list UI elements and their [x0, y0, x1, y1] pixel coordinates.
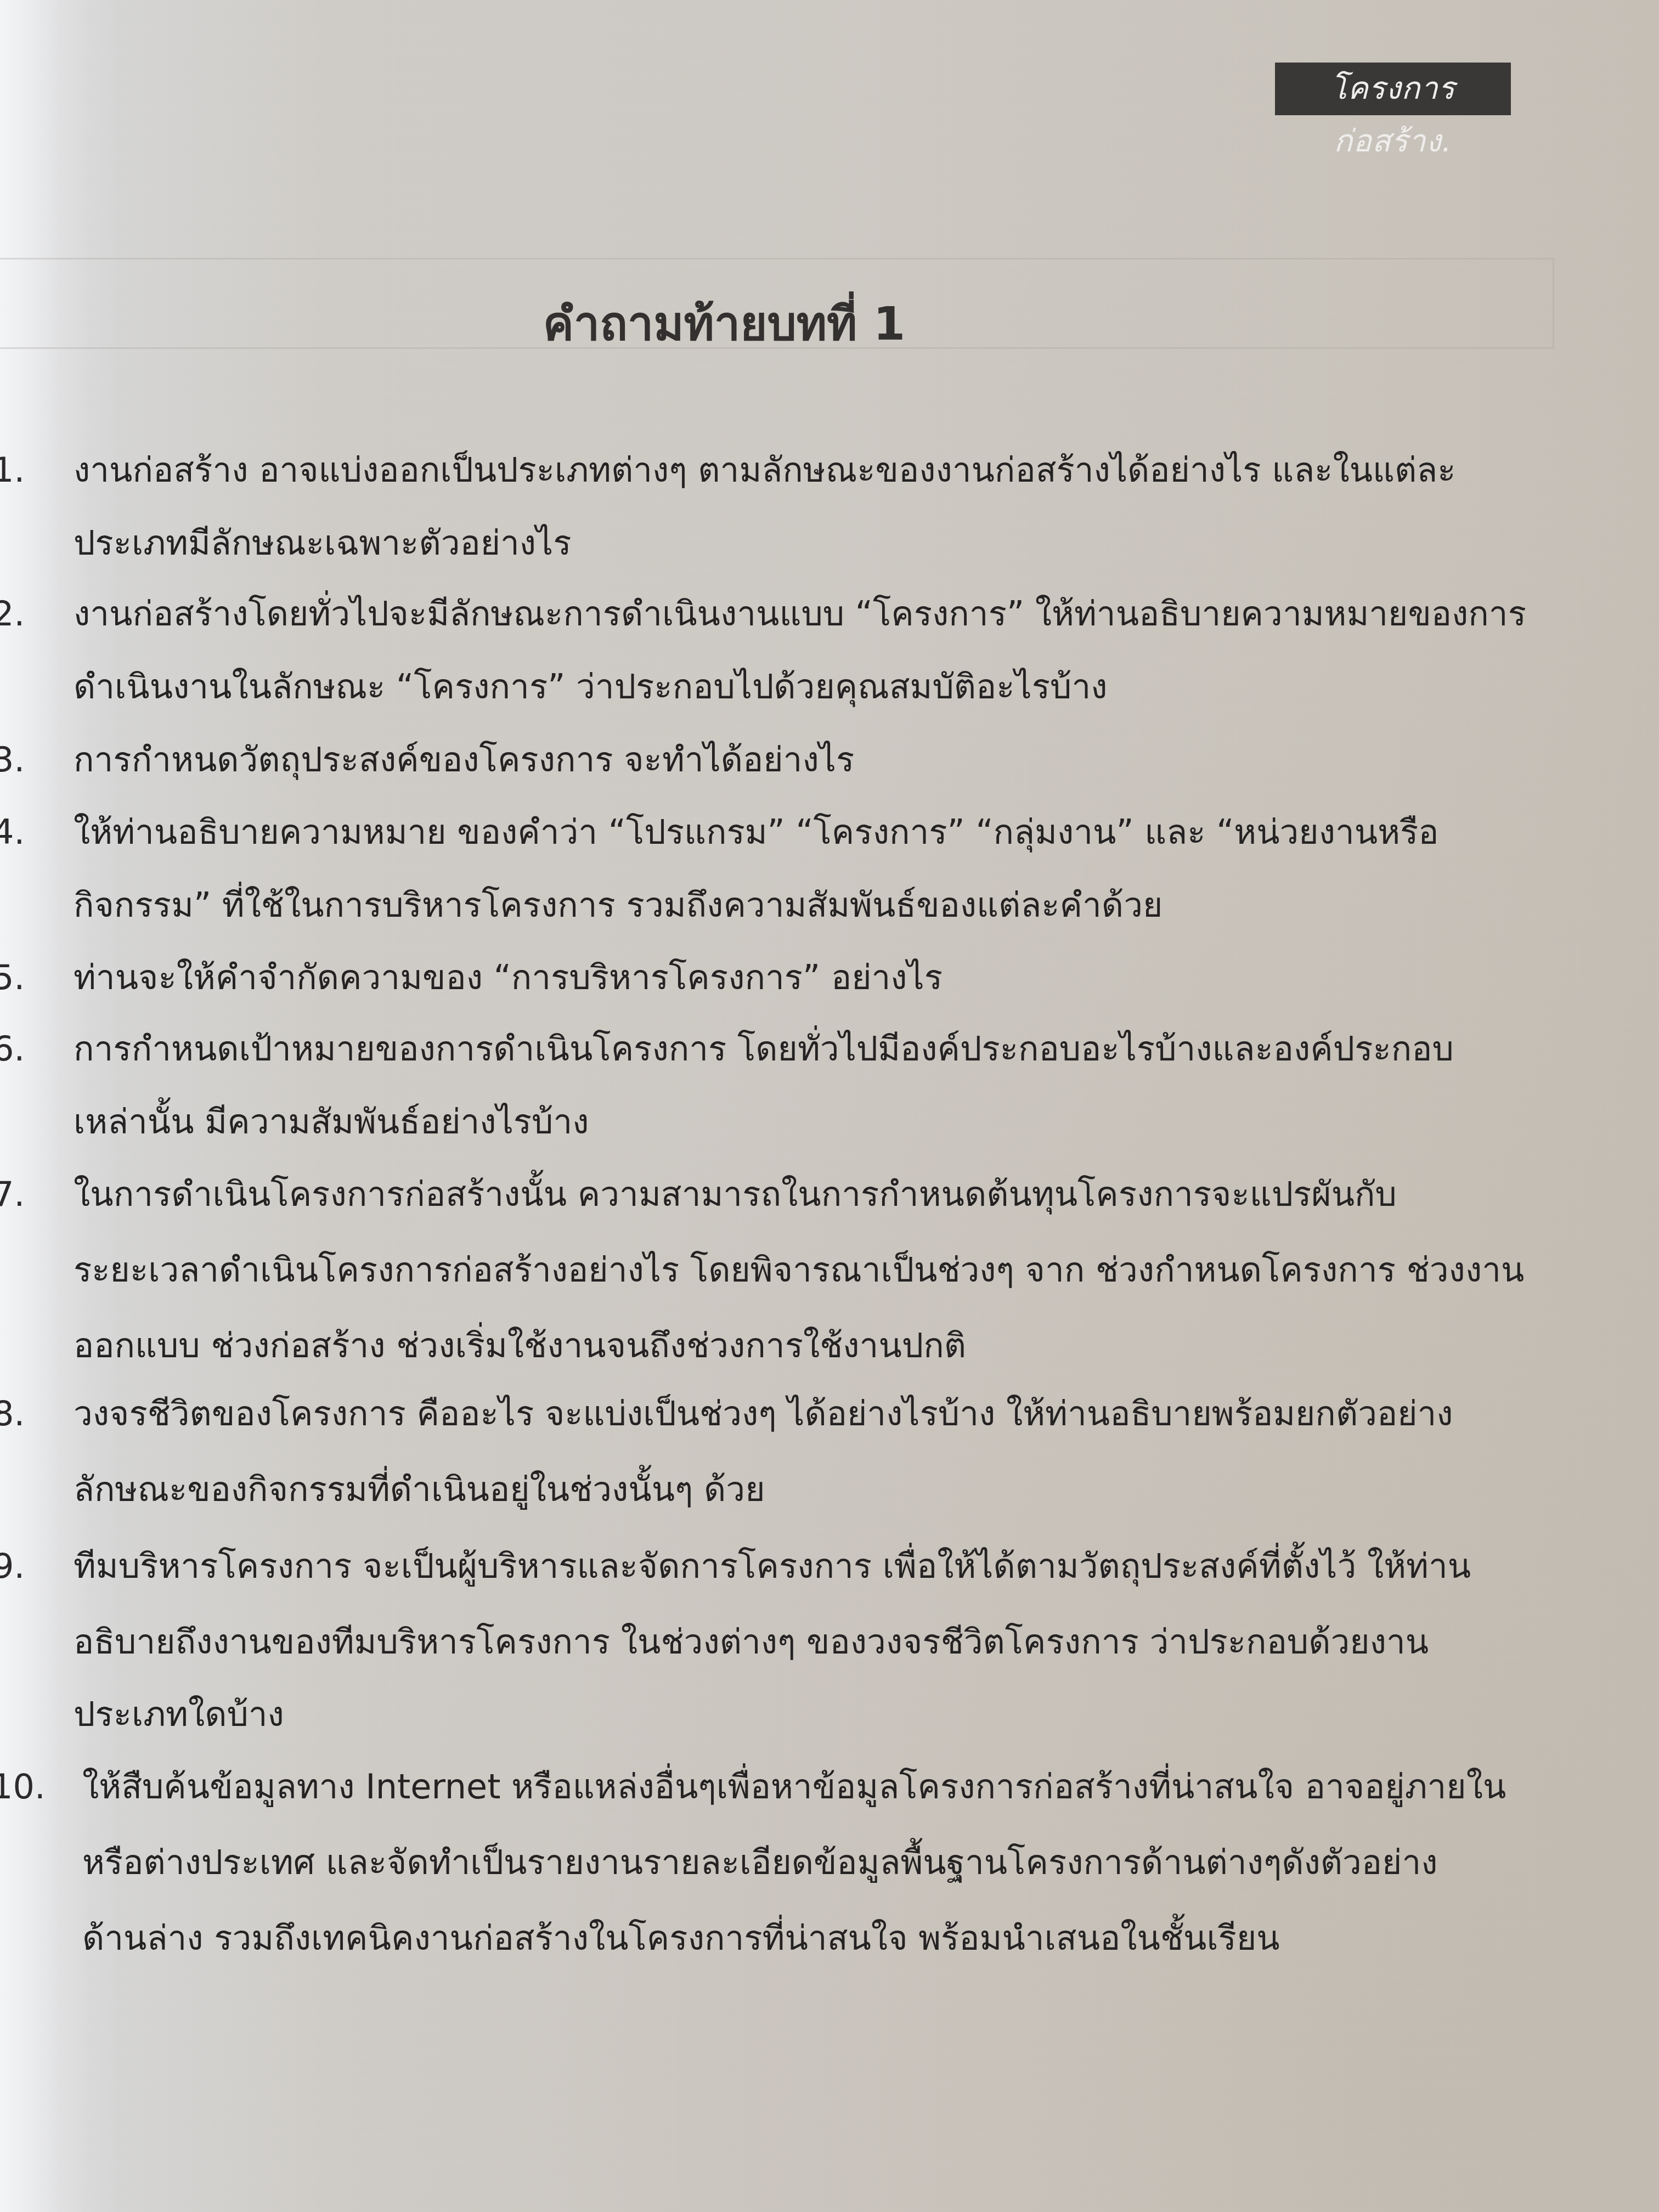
question-text-line: การกำหนดเป้าหมายของการดำเนินโครงการ โดยท…	[74, 1012, 1454, 1085]
question-number: 8.	[0, 1377, 25, 1450]
question-text-line: ประเภทมีลักษณะเฉพาะตัวอย่างไร	[74, 506, 572, 579]
question-text-line: งานก่อสร้างโดยทั่วไปจะมีลักษณะการดำเนินง…	[74, 577, 1526, 650]
question-text-line: การกำหนดวัตถุประสงค์ของโครงการ จะทำได้อย…	[74, 723, 854, 796]
question-number: 4.	[0, 795, 25, 868]
question-text-line: งานก่อสร้าง อาจแบ่งออกเป็นประเภทต่างๆ ตา…	[74, 433, 1456, 506]
question-text-line: ออกแบบ ช่วงก่อสร้าง ช่วงเริ่มใช้งานจนถึง…	[74, 1309, 966, 1382]
question-number: 3.	[0, 723, 25, 796]
question-text-line: อธิบายถึงงานของทีมบริหารโครงการ ในช่วงต่…	[74, 1605, 1429, 1678]
running-header-tag: โครงการก่อสร้าง.	[1275, 63, 1511, 115]
question-number: 10.	[0, 1750, 46, 1823]
question-text-line: ให้ท่านอธิบายความหมาย ของคำว่า “โปรแกรม”…	[74, 795, 1439, 868]
page-title-text: คำถามท้ายบทที่ 1	[543, 291, 905, 357]
question-text-line: ลักษณะของกิจกรรมที่ดำเนินอยู่ในช่วงนั้นๆ…	[74, 1453, 765, 1526]
question-text-line: ระยะเวลาดำเนินโครงการก่อสร้างอย่างไร โดย…	[74, 1233, 1524, 1306]
question-text-line: วงจรชีวิตของโครงการ คืออะไร จะแบ่งเป็นช่…	[74, 1377, 1453, 1450]
question-text-line: ท่านจะให้คำจำกัดความของ “การบริหารโครงกา…	[74, 941, 943, 1014]
question-text-line: ด้านล่าง รวมถึงเทคนิคงานก่อสร้างในโครงกา…	[82, 1901, 1280, 1974]
question-text-line: ทีมบริหารโครงการ จะเป็นผู้บริหารและจัดกา…	[74, 1530, 1471, 1602]
question-number: 2.	[0, 577, 25, 650]
question-text-line: ประเภทใดบ้าง	[74, 1678, 284, 1751]
question-number: 7.	[0, 1158, 25, 1231]
question-text-line: หรือต่างประเทศ และจัดทำเป็นรายงานรายละเอ…	[82, 1826, 1438, 1899]
question-text-line: ให้สืบค้นข้อมูลทาง Internet หรือแหล่งอื่…	[82, 1750, 1506, 1823]
question-number: 1.	[0, 433, 25, 506]
question-text-line: ดำเนินงานในลักษณะ “โครงการ” ว่าประกอบไปด…	[74, 650, 1108, 723]
question-number: 6.	[0, 1012, 25, 1085]
question-text-line: เหล่านั้น มีความสัมพันธ์อย่างไรบ้าง	[74, 1085, 589, 1158]
question-text-line: กิจกรรม” ที่ใช้ในการบริหารโครงการ รวมถึง…	[74, 868, 1163, 941]
question-number: 9.	[0, 1530, 25, 1602]
question-number: 5.	[0, 941, 25, 1014]
question-text-line: ในการดำเนินโครงการก่อสร้างนั้น ความสามาร…	[74, 1158, 1397, 1231]
document-page: โครงการก่อสร้าง. คำถามท้ายบทที่ 1 1. งาน…	[0, 0, 1659, 2212]
page-title: คำถามท้ายบทที่ 1	[0, 291, 1553, 357]
